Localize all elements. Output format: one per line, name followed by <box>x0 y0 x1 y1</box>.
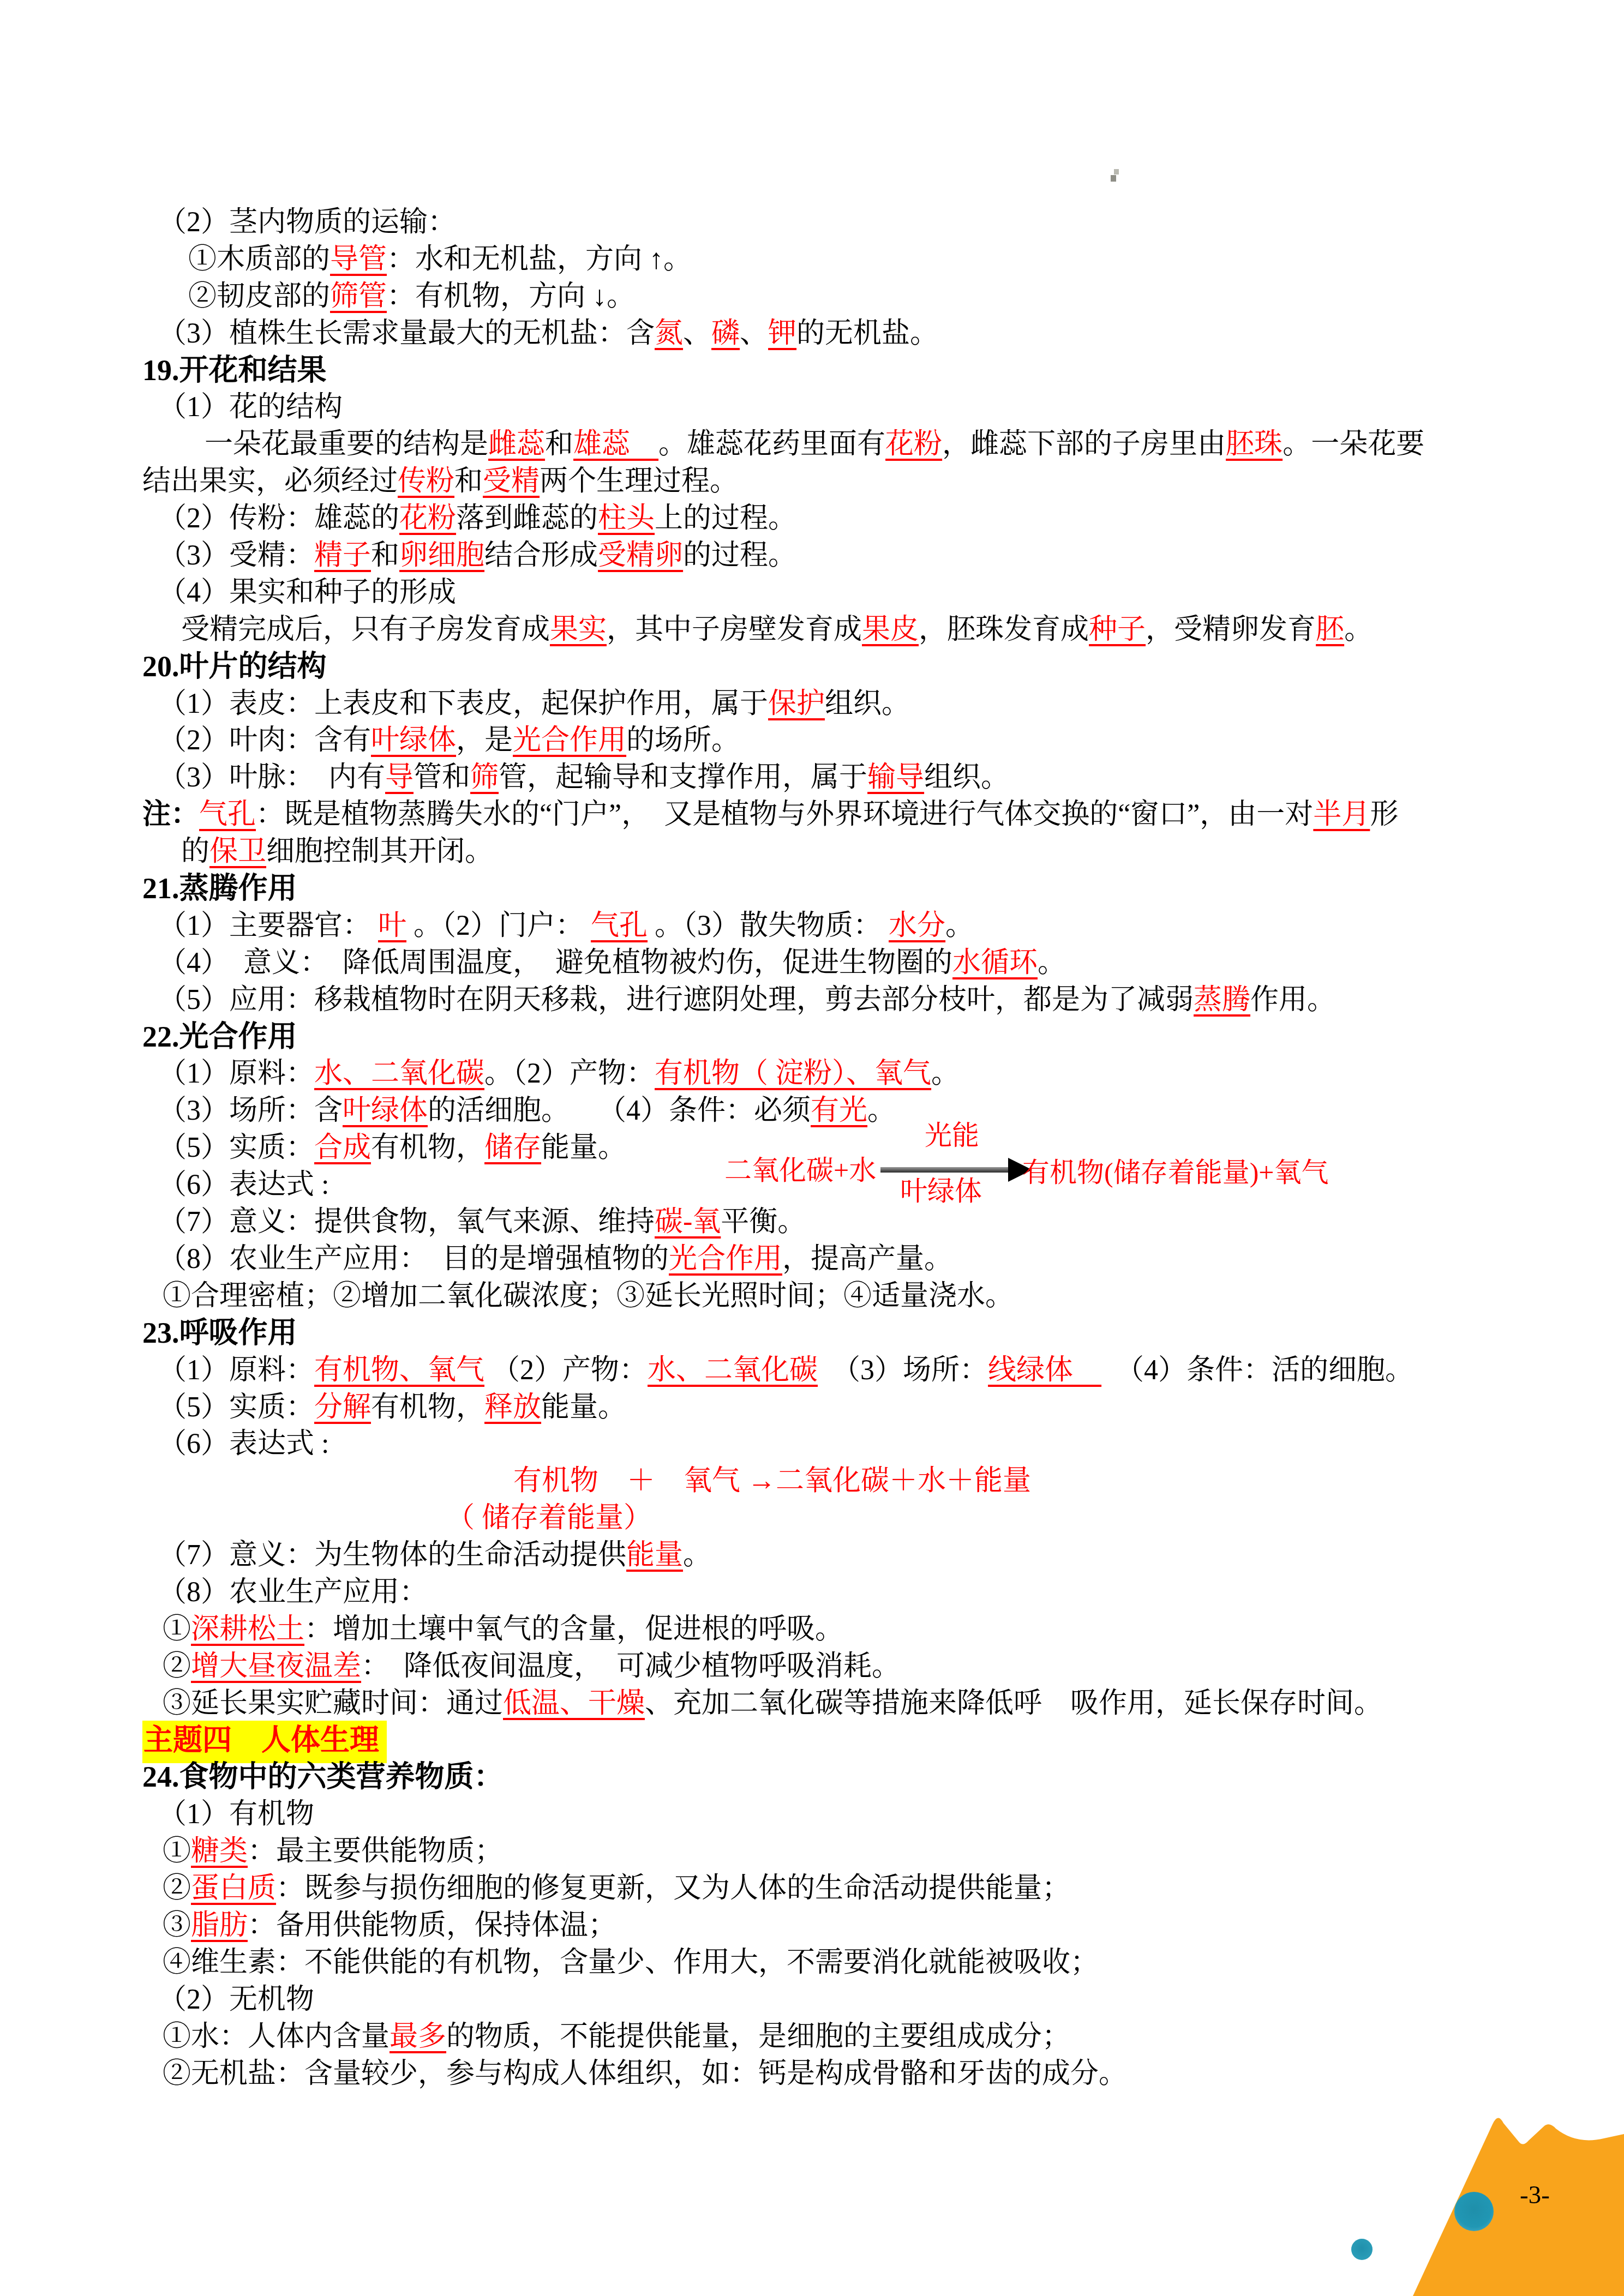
section-topic-highlight: 主题四 人体生理 <box>142 1721 387 1763</box>
text-segment: 和 <box>454 466 483 497</box>
formula-products: 有机物(储存着能量)+氧气 <box>1022 1154 1329 1191</box>
formula-catalyst-label: 叶绿体 <box>900 1173 982 1210</box>
text-line: 20.叶片的结构 <box>142 648 1561 686</box>
text-segment: 20.叶片的结构 <box>142 650 327 683</box>
text-segment: 的过程。 <box>683 540 796 571</box>
key-term: 叶绿体 <box>371 725 456 756</box>
text-line: （1）有机物 <box>142 1796 1561 1833</box>
text-segment: ③ <box>163 1910 191 1941</box>
text-segment: 的 <box>181 836 209 867</box>
key-term: 氮 <box>655 318 683 349</box>
text-line: ①木质部的导管：水和无机盐，方向 ↑。 <box>142 241 1561 278</box>
text-line: （4）果实和种子的形成 <box>142 574 1561 611</box>
text-segment: 的场所。 <box>626 725 740 756</box>
text-line: 主题四 人体生理 <box>142 1722 1561 1759</box>
key-term: 卵细胞 <box>399 540 484 571</box>
text-line: ②增大昼夜温差： 降低夜间温度， 可减少植物呼吸消耗。 <box>142 1648 1561 1685</box>
text-segment: ①水：人体内含量 <box>163 2021 389 2052</box>
text-segment: 细胞控制其开闭。 <box>266 836 493 867</box>
text-segment: ④维生素：不能供能的有机物，含量少、作用大，不需要消化就能被吸收； <box>163 1947 1099 1978</box>
text-segment: ：水和无机盐，方向 ↑。 <box>387 244 692 275</box>
text-segment: （3）植株生长需求量最大的无机盐：含 <box>158 318 655 349</box>
key-term: 磷 <box>711 318 740 349</box>
text-segment: 。（2）门户： <box>406 910 591 941</box>
text-line: （7）意义：为生物体的生命活动提供能量。 <box>142 1537 1561 1574</box>
text-segment: （4）果实和种子的形成 <box>158 577 456 608</box>
key-term: 有机物、氧气 <box>314 1355 484 1386</box>
text-segment: 。 <box>683 1540 711 1571</box>
key-term: 最多 <box>389 2021 446 2052</box>
text-segment: 能量。 <box>541 1392 626 1423</box>
key-term: 能量 <box>626 1540 683 1571</box>
key-term: 深耕松土 <box>191 1614 304 1645</box>
text-segment: 组织。 <box>924 762 1009 793</box>
teal-dot-large <box>1454 2192 1494 2231</box>
text-line: ①合理密植；②增加二氧化碳浓度；③延长光照时间；④适量浇水。 <box>142 1278 1561 1315</box>
text-segment: （2）无机物 <box>158 1984 314 2015</box>
text-segment: 21.蒸腾作用 <box>142 872 297 905</box>
text-line: ③脂肪：备用供能物质，保持体温； <box>142 1907 1561 1944</box>
text-segment: 上的过程。 <box>655 503 796 534</box>
text-segment: 受精完成后，只有子房发育成 <box>181 614 550 645</box>
text-segment: 24.食物中的六类营养物质： <box>142 1760 504 1793</box>
text-line: （5）应用：移栽植物时在阴天移栽，进行遮阴处理，剪去部分枝叶，都是为了减弱蒸腾作… <box>142 982 1561 1019</box>
text-segment: ②无机盐：含量较少，参与构成人体组织，如：钙是构成骨骼和牙齿的成分。 <box>163 2058 1127 2089</box>
text-line: （5）实质：分解有机物，释放能量。 <box>142 1389 1561 1426</box>
text-line: （1）原料：有机物、氧气 （2）产物：水、二氧化碳 （3）场所：线绿体 （4）条… <box>142 1352 1561 1389</box>
text-segment: （2）茎内物质的运输： <box>158 207 456 238</box>
teal-dot-small <box>1351 2239 1373 2260</box>
key-term: 胚珠 <box>1226 429 1283 460</box>
text-line: （4） 意义： 降低周围温度， 避免植物被灼伤，促进生物圈的水循环。 <box>142 945 1561 982</box>
text-segment: （7）意义：提供食物，氧气来源、维持 <box>158 1206 655 1237</box>
key-term: 光合作用 <box>669 1243 782 1275</box>
key-term: 半月 <box>1313 799 1370 830</box>
document-page: （2）茎内物质的运输：①木质部的导管：水和无机盐，方向 ↑。②韧皮部的筛管：有机… <box>0 0 1624 2296</box>
text-segment: ① <box>163 1614 191 1645</box>
text-segment: 有机物 ＋ 氧气 →二氧化碳＋水＋能量 <box>513 1465 1031 1496</box>
text-line: 21.蒸腾作用 <box>142 870 1561 907</box>
text-line: （3）植株生长需求量最大的无机盐：含氮、磷、钾的无机盐。 <box>142 315 1561 352</box>
text-segment: 结出果实，必须经过 <box>142 466 398 497</box>
text-segment: （4） 意义： 降低周围温度， 避免植物被灼伤，促进生物圈的 <box>158 947 952 978</box>
text-line: 的保卫细胞控制其开闭。 <box>142 833 1561 870</box>
key-term: 合成 <box>314 1132 371 1163</box>
text-segment: ① <box>163 1836 191 1867</box>
text-line: 一朵花最重要的结构是雌蕊和雄蕊 。雄蕊花药里面有花粉，雌蕊下部的子房里由胚珠。一… <box>142 426 1561 463</box>
text-line: ①糖类：最主要供能物质； <box>142 1833 1561 1870</box>
text-line: ③延长果实贮藏时间：通过低温、干燥、充加二氧化碳等措施来降低呼 吸作用，延长保存… <box>142 1685 1561 1722</box>
key-term: 线绿体 <box>988 1355 1101 1386</box>
text-line: （3）受精：精子和卵细胞结合形成受精卵的过程。 <box>142 537 1561 574</box>
text-segment: （6）表达式 : <box>158 1428 329 1459</box>
text-segment: ②韧皮部的 <box>188 281 330 312</box>
text-segment: （1）表皮：上表皮和下表皮，起保护作用，属于 <box>158 688 768 719</box>
text-line: 22.光合作用 <box>142 1019 1561 1056</box>
key-term: 果实 <box>550 614 607 645</box>
key-term: 柱头 <box>598 503 655 534</box>
key-term: 蛋白质 <box>191 1873 276 1904</box>
text-segment: ，其中子房壁发育成 <box>607 614 862 645</box>
text-segment: （5）实质： <box>158 1132 314 1163</box>
text-segment: ①合理密植；②增加二氧化碳浓度；③延长光照时间；④适量浇水。 <box>163 1281 1014 1312</box>
text-line: （1）花的结构 <box>142 389 1561 426</box>
text-segment: 23.呼吸作用 <box>142 1317 297 1349</box>
text-segment: ： 降低夜间温度， 可减少植物呼吸消耗。 <box>361 1651 900 1682</box>
orange-mountain-decoration <box>1386 2102 1624 2296</box>
text-segment: ，胚珠发育成 <box>919 614 1089 645</box>
text-line: （6）表达式 : <box>142 1426 1561 1463</box>
text-segment: 一朵花最重要的结构是 <box>205 429 488 460</box>
text-segment: （1）花的结构 <box>158 392 343 423</box>
text-segment: ，雌蕊下部的子房里由 <box>942 429 1226 460</box>
orange-mountain-shape <box>1413 2118 1624 2296</box>
text-segment: ：最主要供能物质； <box>248 1836 503 1867</box>
text-segment: 和 <box>545 429 573 460</box>
text-segment: 两个生理过程。 <box>540 466 738 497</box>
text-segment: （5）应用：移栽植物时在阴天移栽，进行遮阴处理，剪去部分枝叶，都是为了减弱 <box>158 984 1194 1015</box>
text-segment: （7）意义：为生物体的生命活动提供 <box>158 1540 626 1571</box>
key-term: 输导 <box>867 762 924 793</box>
text-segment: （3）叶脉： 内有 <box>158 762 385 793</box>
text-segment: ：有机物，方向 ↓。 <box>387 281 635 312</box>
formula-energy-label: 光能 <box>925 1117 979 1154</box>
text-segment: 、 <box>740 318 768 349</box>
text-segment: ①木质部的 <box>188 244 330 275</box>
text-segment: 。（3）散失物质： <box>648 910 889 941</box>
text-segment: （3）场所： <box>818 1355 988 1386</box>
key-term: 导管 <box>330 244 387 275</box>
text-segment: （1）有机物 <box>158 1799 314 1830</box>
text-line: 受精完成后，只有子房发育成果实，其中子房壁发育成果皮，胚珠发育成种子，受精卵发育… <box>142 611 1561 648</box>
text-line: （2）传粉：雄蕊的花粉落到雌蕊的柱头上的过程。 <box>142 500 1561 537</box>
key-term: 雄蕊 <box>573 429 658 460</box>
reaction-arrow-icon <box>880 1167 1008 1173</box>
artifact-square-dark <box>1111 175 1116 182</box>
text-line: （8）农业生产应用： 目的是增强植物的光合作用，提高产量。 <box>142 1241 1561 1278</box>
key-term: 水、二氧化碳 <box>314 1058 484 1089</box>
text-segment: 。 <box>945 910 974 941</box>
key-term: 脂肪 <box>191 1910 248 1941</box>
text-segment: （2）传粉：雄蕊的 <box>158 503 399 534</box>
text-line: （2）茎内物质的运输： <box>142 204 1561 241</box>
key-term: 受精 <box>483 466 540 497</box>
key-term: 水循环 <box>952 947 1038 978</box>
text-segment: 能量。 <box>541 1132 626 1163</box>
text-line: （8）农业生产应用： <box>142 1574 1561 1611</box>
key-term: 叶绿体 <box>343 1095 428 1126</box>
text-segment: 19.开花和结果 <box>142 354 327 387</box>
key-term: 精子 <box>314 540 371 571</box>
key-term: 水分 <box>889 910 945 941</box>
text-segment: 作用。 <box>1250 984 1335 1015</box>
key-term: 碳-氧 <box>655 1206 721 1237</box>
text-segment: （2）产物： <box>484 1355 648 1386</box>
text-line: 注：气孔：既是植物蒸腾失水的“门户”， 又是植物与外界环境进行气体交换的“窗口”… <box>142 796 1561 833</box>
key-term: 传粉 <box>398 466 454 497</box>
key-term: 分解 <box>314 1392 371 1423</box>
text-line: ①水：人体内含量最多的物质，不能提供能量，是细胞的主要组成成分； <box>142 2018 1561 2055</box>
text-line: ②蛋白质：既参与损伤细胞的修复更新，又为人体的生命活动提供能量； <box>142 1870 1561 1907</box>
text-line: （1）原料：水、二氧化碳。（2）产物：有机物（ 淀粉）、氧气。 <box>142 1055 1561 1092</box>
key-term: 受精卵 <box>598 540 683 571</box>
text-segment: 。雄蕊花药里面有 <box>658 429 885 460</box>
text-line: 23.呼吸作用 <box>142 1315 1561 1352</box>
key-term: 光合作用 <box>513 725 626 756</box>
text-line: （1）表皮：上表皮和下表皮，起保护作用，属于保护组织。 <box>142 686 1561 723</box>
text-segment: （4）条件：活的细胞。 <box>1101 1355 1413 1386</box>
text-line: （1）主要器官： 叶 。（2）门户： 气孔 。（3）散失物质： 水分。 <box>142 907 1561 945</box>
text-segment: （3）受精： <box>158 540 314 571</box>
text-segment: 结合形成 <box>484 540 598 571</box>
page-number: -3- <box>1520 2181 1550 2209</box>
text-line: 19.开花和结果 <box>142 352 1561 389</box>
key-term: 保护 <box>768 688 825 719</box>
text-line: （3）叶脉： 内有导管和筛管，起输导和支撑作用，属于输导组织。 <box>142 759 1561 796</box>
key-term: 钾 <box>768 318 796 349</box>
key-term: 筛管 <box>330 281 387 312</box>
text-segment: ，提高产量。 <box>782 1243 952 1275</box>
text-segment: 组织。 <box>825 688 910 719</box>
text-line: 结出果实，必须经过传粉和受精两个生理过程。 <box>142 463 1561 500</box>
text-segment: ③延长果实贮藏时间：通过 <box>163 1688 503 1719</box>
key-term: 增大昼夜温差 <box>191 1651 361 1682</box>
text-segment: 形 <box>1370 799 1398 830</box>
key-term: 种子 <box>1089 614 1146 645</box>
text-segment: 和 <box>371 540 399 571</box>
key-term: 糖类 <box>191 1836 248 1867</box>
text-segment: 管和 <box>414 762 470 793</box>
text-segment: ：备用供能物质，保持体温； <box>248 1910 616 1941</box>
key-term: 筛 <box>470 762 499 793</box>
text-segment: （2）叶肉：含有 <box>158 725 371 756</box>
text-segment: ：既是植物蒸腾失水的“门户”， 又是植物与外界环境进行气体交换的“窗口”，由一对 <box>256 799 1313 830</box>
text-segment: 的物质，不能提供能量，是细胞的主要组成成分； <box>446 2021 1070 2052</box>
key-term: 花粉 <box>885 429 942 460</box>
text-line: （ 储存着能量） <box>142 1500 1561 1537</box>
text-segment: ，是 <box>456 725 513 756</box>
key-term: 蒸腾 <box>1194 984 1250 1015</box>
text-segment: 、 <box>683 318 711 349</box>
text-segment: 。一朵花要 <box>1283 429 1424 460</box>
text-segment: 有机物， <box>371 1132 484 1163</box>
key-term: 保卫 <box>209 836 266 867</box>
key-term: 叶 <box>378 910 406 941</box>
key-term: 释放 <box>484 1392 541 1423</box>
text-segment: （1）原料： <box>158 1058 314 1089</box>
text-segment: 的无机盐。 <box>796 318 938 349</box>
text-segment: 。 <box>1038 947 1066 978</box>
text-line: ①深耕松土：增加土壤中氧气的含量，促进根的呼吸。 <box>142 1611 1561 1648</box>
key-term: 低温、干燥 <box>503 1688 645 1719</box>
text-segment: （5）实质： <box>158 1392 314 1423</box>
text-segment: （1）主要器官： <box>158 910 378 941</box>
key-term: 气孔 <box>199 799 256 830</box>
text-segment: 。（2）产物： <box>484 1058 655 1089</box>
key-term: 储存 <box>484 1132 541 1163</box>
key-term: 导 <box>385 762 414 793</box>
formula-reactants: 二氧化碳+水 <box>724 1152 876 1189</box>
key-term: 气孔 <box>591 910 648 941</box>
render-artifact <box>1111 169 1119 182</box>
text-segment: 注： <box>142 799 199 830</box>
text-segment: ：增加土壤中氧气的含量，促进根的呼吸。 <box>304 1614 843 1645</box>
text-segment: 。 <box>1344 614 1373 645</box>
text-segment: ：既参与损伤细胞的修复更新，又为人体的生命活动提供能量； <box>276 1873 1070 1904</box>
text-segment: （6）表达式 : <box>158 1169 329 1200</box>
key-term: 花粉 <box>399 503 456 534</box>
text-segment: （8）农业生产应用： <box>158 1577 428 1608</box>
key-term: 雌蕊 <box>488 429 545 460</box>
text-segment: 。 <box>931 1058 960 1089</box>
text-line: 有机物 ＋ 氧气 →二氧化碳＋水＋能量 <box>142 1463 1561 1500</box>
key-term: 胚 <box>1316 614 1344 645</box>
text-line: ②韧皮部的筛管：有机物，方向 ↓。 <box>142 278 1561 315</box>
text-segment: 22.光合作用 <box>142 1020 297 1053</box>
text-segment: ② <box>163 1873 191 1904</box>
text-line: （2）叶肉：含有叶绿体，是光合作用的场所。 <box>142 722 1561 759</box>
text-segment: 管，起输导和支撑作用，属于 <box>499 762 867 793</box>
text-segment: （8）农业生产应用： 目的是增强植物的 <box>158 1243 669 1275</box>
text-segment: （3）场所：含 <box>158 1095 343 1126</box>
text-line: （2）无机物 <box>142 1981 1561 2018</box>
text-segment: （ 储存着能量） <box>446 1502 652 1534</box>
text-segment: ② <box>163 1651 191 1682</box>
key-term: 果皮 <box>862 614 919 645</box>
text-line: ②无机盐：含量较少，参与构成人体组织，如：钙是构成骨骼和牙齿的成分。 <box>142 2055 1561 2093</box>
text-segment: 有机物， <box>371 1392 484 1423</box>
text-segment: 、充加二氧化碳等措施来降低呼 吸作用，延长保存时间。 <box>645 1688 1382 1719</box>
key-term: 水、二氧化碳 <box>648 1355 818 1386</box>
artifact-square-light <box>1114 169 1119 175</box>
text-segment: ，受精卵发育 <box>1146 614 1316 645</box>
text-segment: 落到雌蕊的 <box>456 503 598 534</box>
text-line: ④维生素：不能供能的有机物，含量少、作用大，不需要消化就能被吸收； <box>142 1944 1561 1981</box>
text-segment: （1）原料： <box>158 1355 314 1386</box>
text-line: 24.食物中的六类营养物质： <box>142 1759 1561 1796</box>
photosynthesis-formula: 光能 二氧化碳+水 叶绿体 有机物(储存着能量)+氧气 <box>724 1113 1423 1238</box>
key-term: 有机物（ 淀粉）、氧气 <box>655 1058 931 1089</box>
